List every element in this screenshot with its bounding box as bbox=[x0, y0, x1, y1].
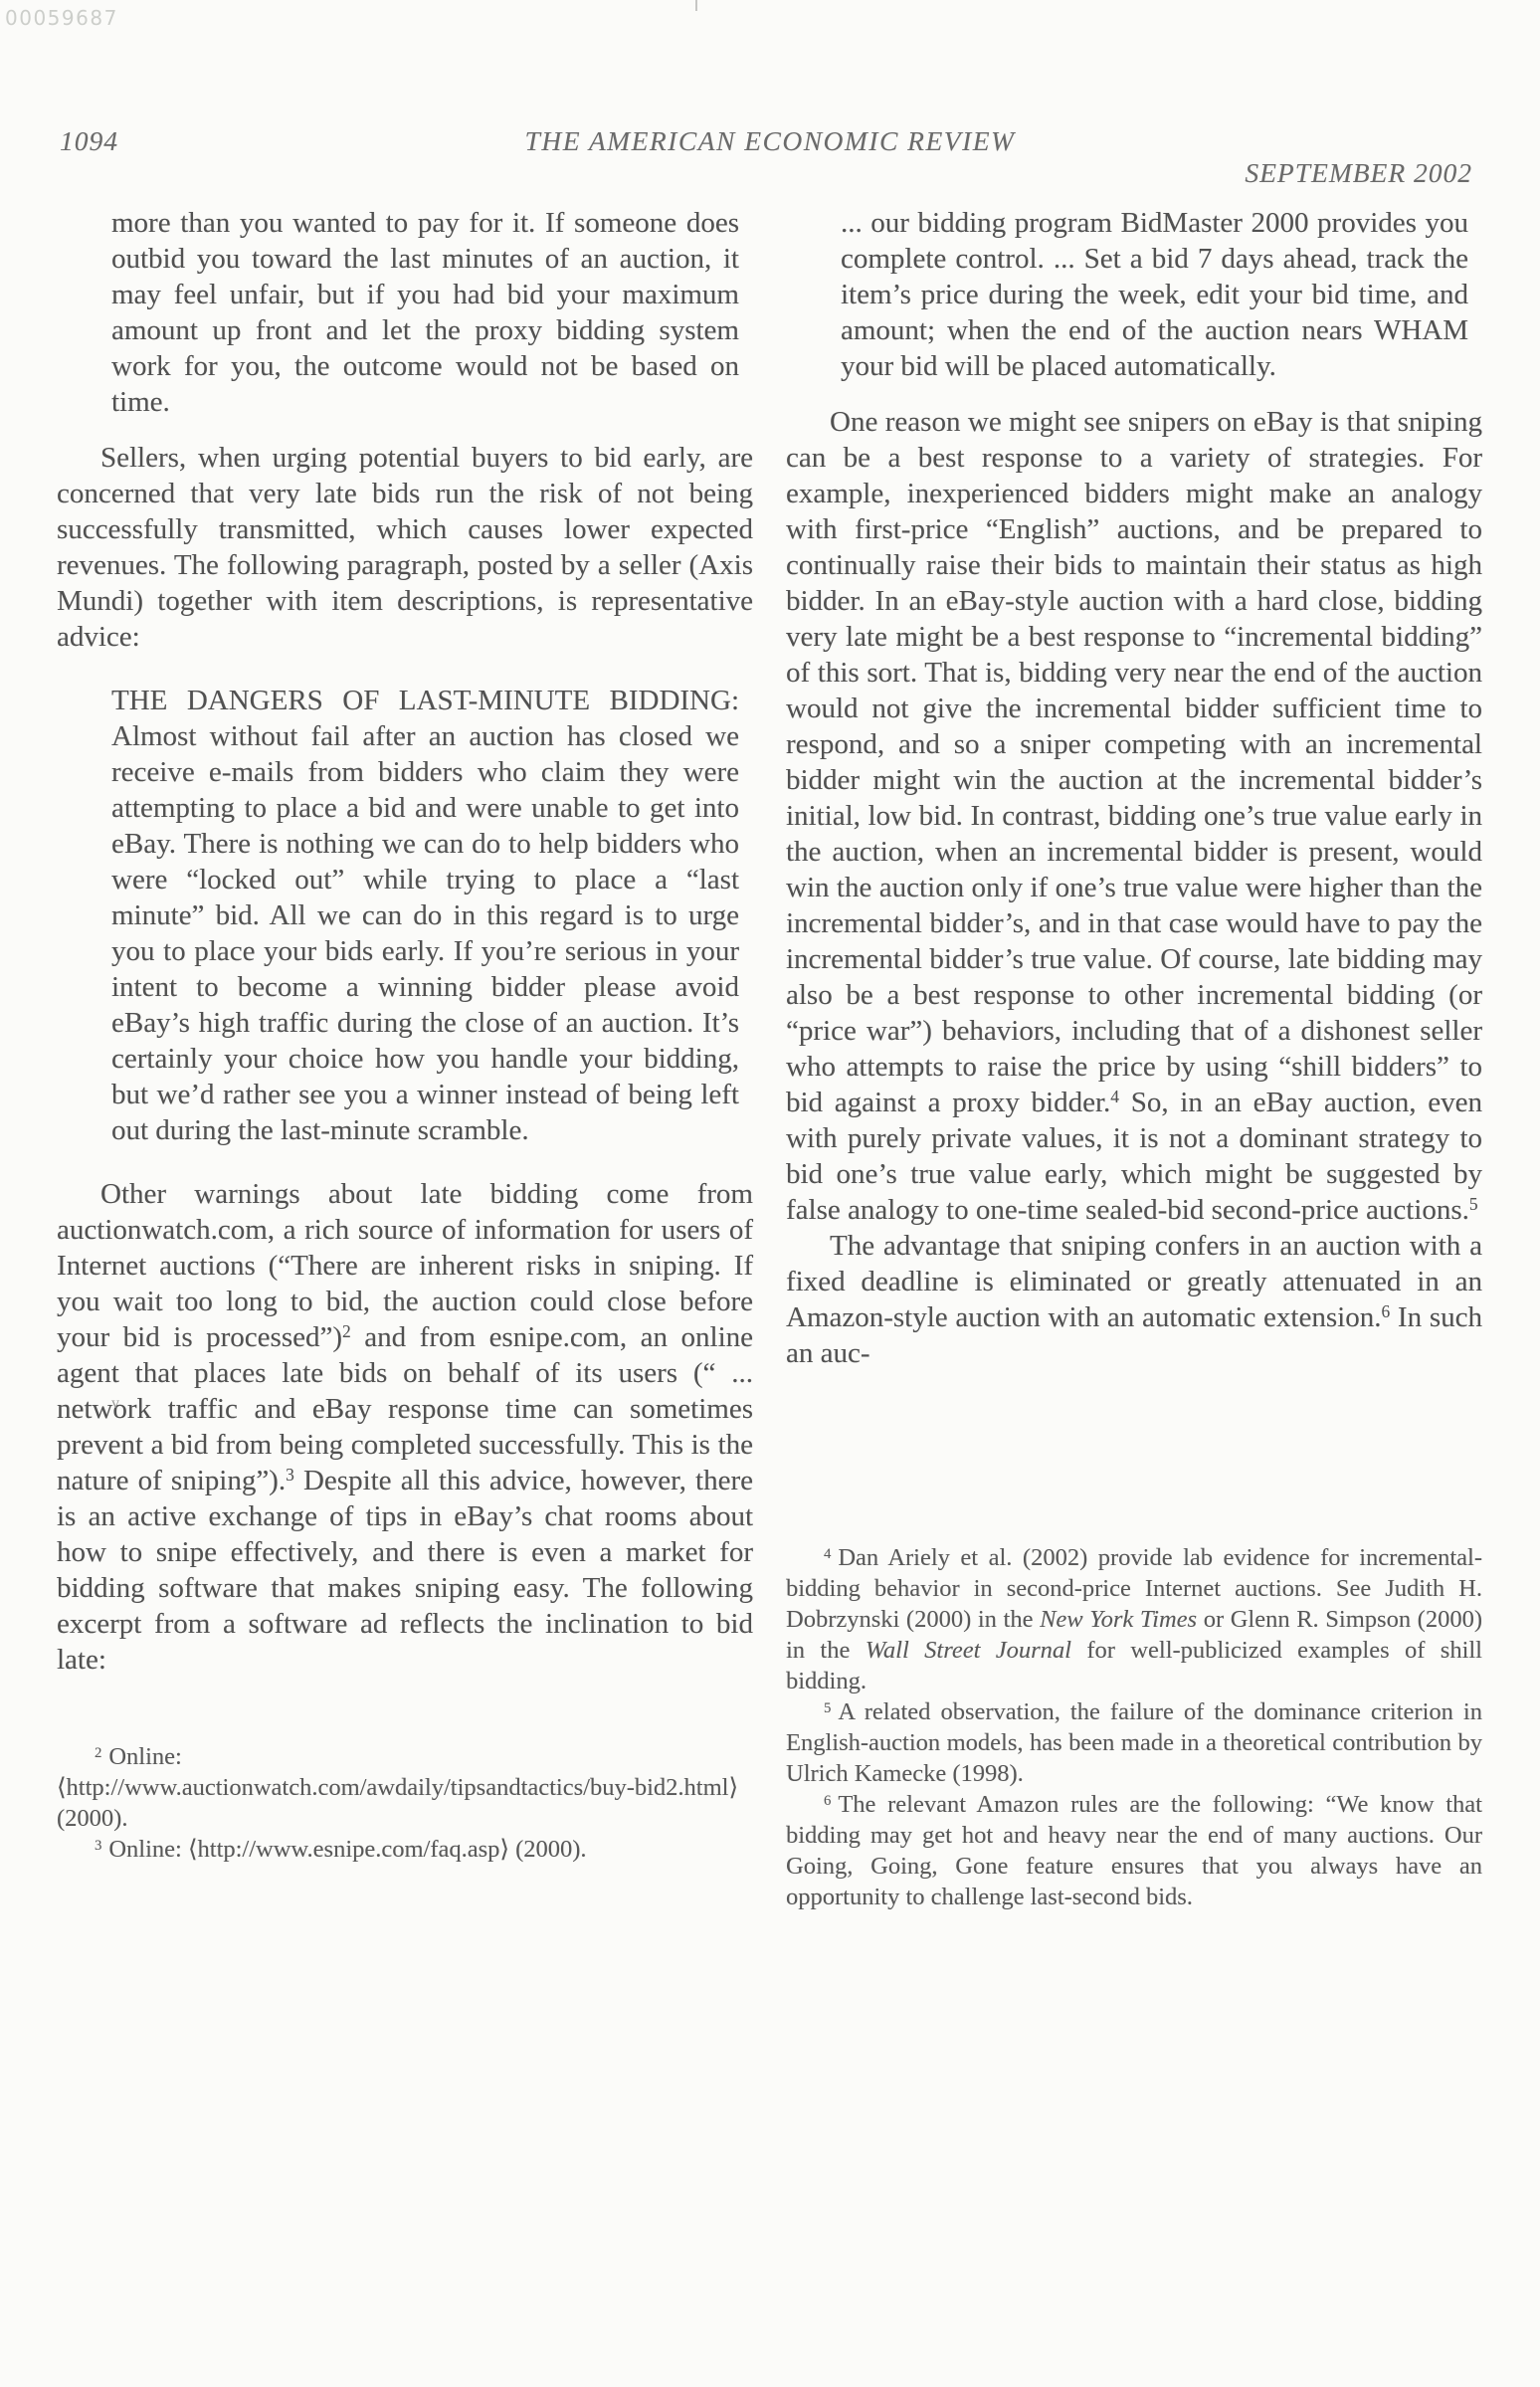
footnote-3: 3Online: ⟨http://www.esnipe.com/faq.asp⟩… bbox=[57, 1834, 753, 1865]
paragraph-one-reason-snipers: One reason we might see snipers on eBay … bbox=[786, 404, 1482, 1228]
left-column: more than you wanted to pay for it. If s… bbox=[57, 205, 753, 1865]
footnote-6: 6The relevant Amazon rules are the follo… bbox=[786, 1789, 1482, 1912]
footnote-text: Dan Ariely et al. (2002) provide lab evi… bbox=[786, 1544, 1482, 1694]
footnote-5: 5A related observation, the failure of t… bbox=[786, 1696, 1482, 1789]
footnote-4: 4Dan Ariely et al. (2002) provide lab ev… bbox=[786, 1542, 1482, 1696]
running-head-issue-date: SEPTEMBER 2002 bbox=[1245, 157, 1472, 189]
footnotes-left: 2Online: ⟨http://www.auctionwatch.com/aw… bbox=[57, 1741, 753, 1865]
footnote-text: Online: ⟨http://www.auctionwatch.com/awd… bbox=[57, 1743, 738, 1832]
block-quote-bidmaster-ad: ... our bidding program BidMaster 2000 p… bbox=[841, 205, 1468, 384]
scanned-journal-page: 00059687 1094 THE AMERICAN ECONOMIC REVI… bbox=[0, 0, 1540, 2387]
paragraph-sellers-advice: Sellers, when urging potential buyers to… bbox=[57, 440, 753, 655]
footnote-text: A related observation, the failure of th… bbox=[786, 1698, 1482, 1787]
footnotes-right: 4Dan Ariely et al. (2002) provide lab ev… bbox=[786, 1542, 1482, 1912]
footnote-marker: 3 bbox=[95, 1838, 101, 1854]
footnote-marker: 6 bbox=[824, 1793, 831, 1809]
paragraph-sniping-advantage: The advantage that sniping confers in an… bbox=[786, 1228, 1482, 1371]
block-quote-dangers-last-minute: THE DANGERS OF LAST-MINUTE BIDDING: Almo… bbox=[111, 683, 739, 1148]
paragraph-other-warnings: Other warnings about late bidding come f… bbox=[57, 1176, 753, 1678]
footnote-marker: 5 bbox=[824, 1700, 831, 1716]
scan-artifact-tick bbox=[695, 0, 697, 11]
footnote-text: The relevant Amazon rules are the follow… bbox=[786, 1791, 1482, 1910]
running-head: 1094 THE AMERICAN ECONOMIC REVIEW SEPTEM… bbox=[0, 125, 1540, 163]
footnote-marker: 2 bbox=[95, 1745, 101, 1761]
right-column: ... our bidding program BidMaster 2000 p… bbox=[786, 205, 1482, 1912]
running-head-journal-title: THE AMERICAN ECONOMIC REVIEW bbox=[0, 125, 1540, 157]
footnote-2: 2Online: ⟨http://www.auctionwatch.com/aw… bbox=[57, 1741, 753, 1834]
scan-id-number: 00059687 bbox=[5, 6, 118, 30]
footnote-text: Online: ⟨http://www.esnipe.com/faq.asp⟩ … bbox=[108, 1836, 586, 1863]
footnote-marker: 4 bbox=[824, 1546, 831, 1562]
running-head-page-number: 1094 bbox=[60, 125, 118, 157]
scan-artifact-smudge: v bbox=[111, 1395, 119, 1413]
block-quote-proxy-bidding: more than you wanted to pay for it. If s… bbox=[111, 205, 739, 420]
